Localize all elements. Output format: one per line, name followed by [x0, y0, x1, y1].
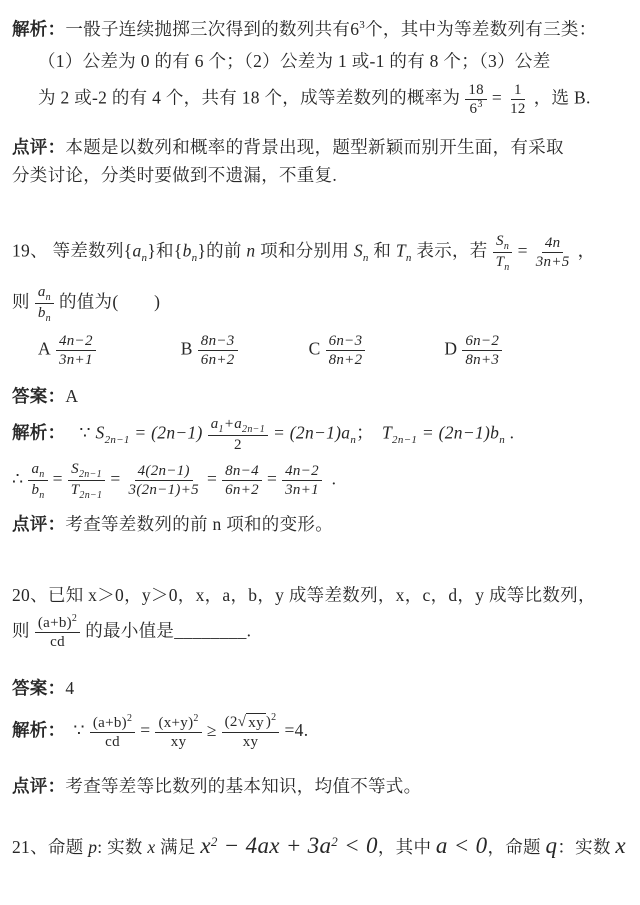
math-run: b — [38, 305, 46, 321]
text-run: ， — [578, 241, 596, 261]
math-run: 8n−4 — [225, 463, 259, 479]
math-run: D — [444, 339, 457, 359]
fraction: 6n−38n+2 — [326, 332, 366, 369]
superscript: 2 — [211, 834, 218, 849]
q20-analysis-line: 解析：∵(a+b)2cd=(x+y)2xy≥(2√xy)2xy=4. — [12, 713, 626, 751]
fraction: 8n−36n+2 — [198, 332, 238, 369]
math-run: ∵ — [79, 423, 95, 443]
math-run: S — [354, 241, 363, 261]
fraction-denominator: Tn — [493, 253, 513, 273]
q19-stem-line-1: 19、 等差数列{an}和{bn}的前 n 项和分别用 Sn 和 Tn 表示，若… — [12, 232, 626, 273]
fraction: S2n−1T2n−1 — [68, 460, 106, 501]
q21-stem-line-1: 21、命题 p: 实数 x 满足 x2 − 4ax + 3a2 < 0，其中 a… — [12, 829, 626, 864]
math-run: cd — [105, 734, 120, 750]
math-run: = — [207, 469, 217, 489]
math-run: = — [110, 469, 120, 489]
fraction-denominator: 3n+1 — [56, 351, 96, 369]
math-run-large: − 4ax + 3a — [218, 833, 332, 858]
math-run: ∴ — [12, 469, 23, 489]
text-run: 20、已知 x＞0，y＞0，x，a，b，y 成等差数列，x，c，d，y 成等比数… — [12, 585, 596, 605]
q20-comment-line: 点评：考查等差等比数列的基本知识，均值不等式。 — [12, 773, 626, 799]
math-run: cd — [50, 634, 65, 650]
q20-answer-line: 答案：4 — [12, 675, 626, 701]
math-run: xy — [243, 734, 259, 750]
math-run: xy — [171, 734, 187, 750]
superscript: 2 — [271, 712, 276, 723]
section-label: 解析： — [12, 423, 65, 443]
text-run: }和{ — [147, 241, 182, 261]
section-label: 答案： — [12, 678, 65, 698]
fraction-denominator: 6n+2 — [222, 481, 262, 499]
math-run: S — [496, 233, 504, 249]
fraction-denominator: bn — [28, 481, 47, 501]
fraction: a1+a2n−12 — [208, 415, 268, 454]
fraction: 4n3n+5 — [533, 234, 573, 271]
fraction-denominator: bn — [35, 304, 54, 324]
fraction-denominator: 3n+5 — [533, 253, 573, 271]
fraction-numerator: a1+a2n−1 — [208, 415, 268, 436]
subscript: 2n−1 — [392, 434, 417, 446]
q19-answer-line: 答案：A — [12, 383, 626, 409]
math-run: (a+b) — [38, 615, 72, 631]
fraction: 4n−23n+1 — [56, 332, 96, 369]
spacer — [65, 438, 79, 439]
math-run: = — [140, 720, 150, 740]
math-run: (x+y) — [158, 715, 193, 731]
math-run: 4n−2 — [285, 463, 319, 479]
text-run: 为 2 或-2 的有 4 个，共有 18 个，成等差数列的概率为 — [38, 87, 460, 107]
text-run: （1）公差为 0 的有 6 个；（2）公差为 1 或-1 的有 8 个；（3）公… — [38, 51, 551, 71]
math-run: S — [71, 461, 79, 477]
fraction: 1863 — [465, 81, 487, 118]
math-run: A — [38, 339, 51, 359]
fraction-numerator: 4n — [542, 234, 564, 253]
sqrt-radical: √xy — [238, 713, 266, 732]
fraction-numerator: Sn — [493, 232, 512, 253]
math-run: 18 — [468, 82, 484, 98]
section-label: 点评： — [12, 137, 65, 157]
text-run: 满足 — [155, 837, 200, 857]
math-run: C — [309, 339, 321, 359]
math-run-large: x — [200, 833, 211, 858]
fraction-denominator: 12 — [507, 100, 529, 118]
text-run: 的最小值是________. — [85, 620, 251, 640]
text-run: 和 — [369, 241, 396, 261]
math-run: = — [492, 87, 502, 107]
q19-stem-line-2: 则anbn的值为( ) — [12, 283, 626, 324]
text-run: 一骰子连续抛掷三次得到的数列共有 — [65, 19, 350, 39]
document-page: 解析：一骰子连续抛掷三次得到的数列共有63个，其中为等差数列有三类： （1）公差… — [0, 0, 640, 864]
math-run-large: < 0 — [338, 833, 378, 858]
spacer — [370, 354, 444, 355]
math-run: T — [382, 423, 392, 443]
math-run: a — [132, 241, 141, 261]
math-run: = — [53, 469, 63, 489]
math-run: 4 — [65, 678, 74, 698]
text-run: : 实数 — [97, 837, 147, 857]
math-run: B — [181, 339, 193, 359]
fraction-denominator: cd — [47, 633, 68, 651]
fraction-denominator: 2 — [231, 436, 245, 454]
math-run: 1 — [514, 82, 522, 98]
q20-stem-line-2: 则(a+b)2cd的最小值是________. — [12, 614, 626, 651]
q19-options-row: A4n−23n+1B8n−36n+2C6n−38n+2D6n−28n+3 — [12, 332, 626, 369]
subscript: n — [504, 241, 509, 252]
math-run: = (2n−1)b — [417, 423, 499, 443]
text-run: 19、 等差数列{ — [12, 241, 132, 261]
spacer — [243, 354, 309, 355]
superscript: 3 — [477, 99, 482, 110]
text-run: 21、命题 — [12, 837, 88, 857]
math-run-large: q — [546, 833, 558, 858]
text-run: 则 — [12, 620, 30, 640]
math-run: 4(2n−1) — [138, 463, 190, 479]
fraction-denominator: 3n+1 — [282, 481, 322, 499]
fraction-numerator: 6n−3 — [326, 332, 366, 351]
section-label: 解析： — [12, 19, 65, 39]
fraction-numerator: 8n−4 — [222, 462, 262, 481]
math-run: =4. — [284, 720, 308, 740]
fraction-denominator: xy — [240, 733, 262, 751]
math-run: ≥ — [207, 720, 217, 740]
text-run: 则 — [12, 292, 30, 312]
subscript: 2n−1 — [105, 434, 130, 446]
math-run: . — [327, 469, 336, 489]
math-run: ∵ — [73, 720, 84, 740]
math-run: 3n+5 — [536, 254, 570, 270]
q19-analysis-line-1: 解析：∵ S2n−1 = (2n−1)a1+a2n−12= (2n−1)an；T… — [12, 415, 626, 454]
subscript: n — [46, 313, 51, 324]
text-run: 考查等差等比数列的基本知识，均值不等式。 — [65, 776, 421, 796]
section-label: 解析： — [12, 720, 65, 740]
math-run: 8n−3 — [201, 333, 235, 349]
fraction-denominator: T2n−1 — [68, 481, 106, 501]
fraction-numerator: (a+b)2 — [90, 714, 135, 733]
math-run: 6n−2 — [465, 333, 499, 349]
text-run: ，选 B. — [534, 87, 591, 107]
superscript: 2 — [127, 713, 132, 724]
math-run: 6n+2 — [225, 482, 259, 498]
fraction-numerator: 4n−2 — [56, 332, 96, 351]
fraction-denominator: 3(2n−1)+5 — [126, 481, 202, 499]
q18-comment-line-1: 点评：本题是以数列和概率的背景出现，题型新颖而别开生面，有采取 — [12, 134, 626, 160]
fraction: SnTn — [493, 232, 513, 273]
math-run-large: x — [615, 833, 626, 858]
subscript: n — [504, 262, 509, 273]
text-run: 个，其中为等差数列有三类： — [365, 19, 596, 39]
fraction-denominator: 63 — [467, 100, 486, 118]
text-run: 分类讨论，分类时要做到不遗漏，不重复. — [12, 165, 337, 185]
math-run: 12 — [510, 101, 526, 117]
math-run: 6n−3 — [329, 333, 363, 349]
subscript: 2n−1 — [79, 469, 102, 480]
math-run: 6n+2 — [201, 352, 235, 368]
fraction-numerator: 4n−2 — [282, 462, 322, 481]
math-run: T — [496, 254, 505, 270]
fraction-denominator: 6n+2 — [198, 351, 238, 369]
math-run: (a+b) — [93, 715, 127, 731]
text-run: ，其中 — [378, 837, 436, 857]
q19-comment-line: 点评：考查等差数列的前 n 项和的变形。 — [12, 511, 626, 537]
math-run: a — [38, 284, 46, 300]
math-run: 4n−2 — [59, 333, 93, 349]
radical-sign: √ — [238, 713, 247, 731]
spacer — [374, 438, 382, 439]
fraction-numerator: an — [28, 460, 47, 481]
q20-stem-line-1: 20、已知 x＞0，y＞0，x，a，b，y 成等差数列，x，c，d，y 成等比数… — [12, 582, 626, 608]
fraction: (a+b)2cd — [90, 714, 135, 751]
text-run: ，命题 — [487, 837, 545, 857]
fraction-numerator: 1 — [511, 81, 525, 100]
superscript: 2 — [193, 713, 198, 724]
math-run: = — [518, 241, 528, 261]
fraction-numerator: (2√xy)2 — [222, 713, 280, 733]
fraction-numerator: 18 — [465, 81, 487, 100]
text-run: 表示，若 — [412, 241, 488, 261]
fraction-numerator: an — [35, 283, 54, 304]
math-run: (2 — [225, 714, 238, 730]
math-run: S — [96, 423, 105, 443]
subscript: 2n−1 — [242, 424, 265, 435]
q19-analysis-line-2: ∴anbn=S2n−1T2n−1=4(2n−1)3(2n−1)+5=8n−46n… — [12, 460, 626, 501]
math-run: +a — [224, 416, 242, 432]
math-run: = (2n−1)a — [273, 423, 350, 443]
fraction: anbn — [35, 283, 54, 324]
fraction-denominator: 8n+2 — [326, 351, 366, 369]
q18-comment-line-2: 分类讨论，分类时要做到不遗漏，不重复. — [12, 162, 626, 188]
section-label: 点评： — [12, 776, 65, 796]
math-run: . — [505, 423, 514, 443]
q18-analysis-line-2: （1）公差为 0 的有 6 个；（2）公差为 1 或-1 的有 8 个；（3）公… — [12, 48, 626, 74]
subscript: 2n−1 — [79, 490, 102, 501]
subscript: n — [39, 469, 44, 480]
math-run: 6 — [350, 19, 359, 39]
fraction-numerator: (x+y)2 — [155, 714, 201, 733]
subscript: n — [46, 292, 51, 303]
section-label: 答案： — [12, 386, 65, 406]
fraction-denominator: xy — [168, 733, 190, 751]
fraction: (x+y)2xy — [155, 714, 201, 751]
fraction-numerator: 6n−2 — [462, 332, 502, 351]
fraction-numerator: 8n−3 — [198, 332, 238, 351]
fraction: 4n−23n+1 — [282, 462, 322, 499]
math-run: 4n — [545, 235, 561, 251]
spacer — [101, 354, 181, 355]
q18-analysis-line-1: 解析：一骰子连续抛掷三次得到的数列共有63个，其中为等差数列有三类： — [12, 16, 626, 42]
q18-analysis-line-3: 为 2 或-2 的有 4 个，共有 18 个，成等差数列的概率为1863=112… — [12, 81, 626, 118]
math-run: A — [65, 386, 78, 406]
text-run: 的值为( ) — [59, 292, 160, 312]
fraction: 8n−46n+2 — [222, 462, 262, 499]
math-run: b — [183, 241, 192, 261]
fraction-denominator: cd — [102, 733, 123, 751]
radicand: xy — [246, 713, 266, 732]
fraction-numerator: 4(2n−1) — [135, 462, 193, 481]
math-run: = — [267, 469, 277, 489]
fraction-numerator: S2n−1 — [68, 460, 105, 481]
text-run: ：实数 — [557, 837, 615, 857]
text-run: ； — [356, 423, 374, 443]
fraction: 6n−28n+3 — [462, 332, 502, 369]
text-run: 项和分别用 — [255, 241, 353, 261]
math-run: = (2n−1) — [130, 423, 203, 443]
fraction: 4(2n−1)3(2n−1)+5 — [126, 462, 202, 499]
fraction-numerator: (a+b)2 — [35, 614, 80, 633]
math-run: 8n+3 — [465, 352, 499, 368]
math-run: 2 — [234, 437, 242, 453]
math-run: 8n+2 — [329, 352, 363, 368]
text-run: }的前 — [197, 241, 246, 261]
subscript: n — [39, 490, 44, 501]
math-run: 3n+1 — [59, 352, 93, 368]
fraction: (a+b)2cd — [35, 614, 80, 651]
section-label: 点评： — [12, 514, 65, 534]
fraction-denominator: 8n+3 — [462, 351, 502, 369]
math-run: 3n+1 — [285, 482, 319, 498]
text-run: 考查等差数列的前 n 项和的变形。 — [65, 514, 333, 534]
math-run-large: a < 0 — [436, 833, 488, 858]
superscript: 2 — [72, 613, 77, 624]
math-run: p — [88, 837, 97, 857]
text-run: 本题是以数列和概率的背景出现，题型新颖而别开生面，有采取 — [65, 137, 563, 157]
math-run: xy — [248, 715, 264, 731]
fraction: anbn — [28, 460, 47, 501]
fraction: (2√xy)2xy — [222, 713, 280, 751]
math-run: a — [211, 416, 219, 432]
math-run: 3(2n−1)+5 — [129, 482, 199, 498]
math-run: T — [396, 241, 406, 261]
fraction: 112 — [507, 81, 529, 118]
